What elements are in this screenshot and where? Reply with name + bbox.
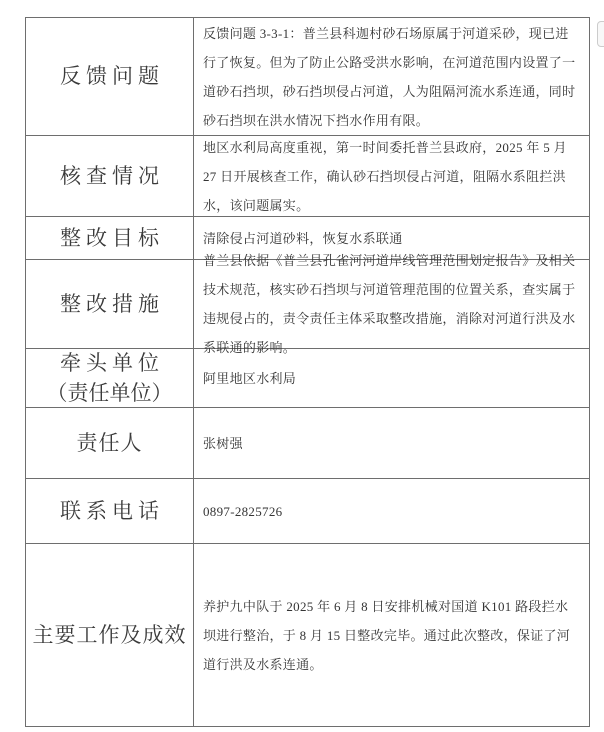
rectification-goal-label-cell: 整改目标 [26,217,194,259]
verification-status-label-cell: 核查情况 [26,136,194,216]
main-work-results-label: 主要工作及成效 [33,620,187,650]
lead-unit-content: 阿里地区水利局 [203,364,581,393]
contact-phone-label: 联系电话 [55,496,164,526]
table-row-verification-status: 核查情况 地区水利局高度重视，第一时间委托普兰县政府，2025 年 5 月 27… [26,136,589,217]
rectification-table: 反馈问题 反馈问题 3-3-1：普兰县科迦村砂石场原属于河道采砂，现已进行了恢复… [25,17,590,727]
table-row-lead-unit: 牵头单位 （责任单位） 阿里地区水利局 [26,349,589,408]
rectification-goal-label: 整改目标 [55,223,164,253]
lead-unit-label-line1: 牵头单位 [55,348,164,378]
responsible-person-label-cell: 责任人 [26,408,194,478]
lead-unit-content-cell: 阿里地区水利局 [194,349,589,407]
contact-phone-content: 0897-2825726 [203,497,581,526]
feedback-problem-content-cell: 反馈问题 3-3-1：普兰县科迦村砂石场原属于河道采砂，现已进行了恢复。但为了防… [194,18,589,135]
rectification-measures-content: 普兰县依据《普兰县孔雀河河道岸线管理范围划定报告》及相关技术规范，核实砂石挡坝与… [203,246,581,362]
table-row-rectification-measures: 整改措施 普兰县依据《普兰县孔雀河河道岸线管理范围划定报告》及相关技术规范，核实… [26,260,589,349]
rectification-measures-label-cell: 整改措施 [26,260,194,348]
scrollbar-thumb[interactable] [597,21,604,47]
feedback-problem-label-cell: 反馈问题 [26,18,194,135]
table-row-feedback-problem: 反馈问题 反馈问题 3-3-1：普兰县科迦村砂石场原属于河道采砂，现已进行了恢复… [26,18,589,136]
main-work-results-label-cell: 主要工作及成效 [26,544,194,726]
verification-status-content: 地区水利局高度重视，第一时间委托普兰县政府，2025 年 5 月 27 日开展核… [203,133,581,220]
responsible-person-content: 张树强 [203,429,581,458]
table-row-main-work-results: 主要工作及成效 养护九中队于 2025 年 6 月 8 日安排机械对国道 K10… [26,544,589,726]
main-work-results-content-cell: 养护九中队于 2025 年 6 月 8 日安排机械对国道 K101 路段拦水坝进… [194,544,589,726]
lead-unit-label-cell: 牵头单位 （责任单位） [26,349,194,407]
feedback-problem-label: 反馈问题 [55,61,164,91]
responsible-person-label: 责任人 [77,428,143,458]
table-row-responsible-person: 责任人 张树强 [26,408,589,479]
contact-phone-label-cell: 联系电话 [26,479,194,543]
verification-status-label: 核查情况 [55,161,164,191]
contact-phone-content-cell: 0897-2825726 [194,479,589,543]
lead-unit-label-line2: （责任单位） [47,378,173,408]
responsible-person-content-cell: 张树强 [194,408,589,478]
verification-status-content-cell: 地区水利局高度重视，第一时间委托普兰县政府，2025 年 5 月 27 日开展核… [194,136,589,216]
rectification-measures-label: 整改措施 [55,289,164,319]
rectification-measures-content-cell: 普兰县依据《普兰县孔雀河河道岸线管理范围划定报告》及相关技术规范，核实砂石挡坝与… [194,260,589,348]
table-row-contact-phone: 联系电话 0897-2825726 [26,479,589,544]
document-page: 反馈问题 反馈问题 3-3-1：普兰县科迦村砂石场原属于河道采砂，现已进行了恢复… [0,0,604,732]
main-work-results-content: 养护九中队于 2025 年 6 月 8 日安排机械对国道 K101 路段拦水坝进… [203,592,581,679]
feedback-problem-content: 反馈问题 3-3-1：普兰县科迦村砂石场原属于河道采砂，现已进行了恢复。但为了防… [203,19,581,135]
